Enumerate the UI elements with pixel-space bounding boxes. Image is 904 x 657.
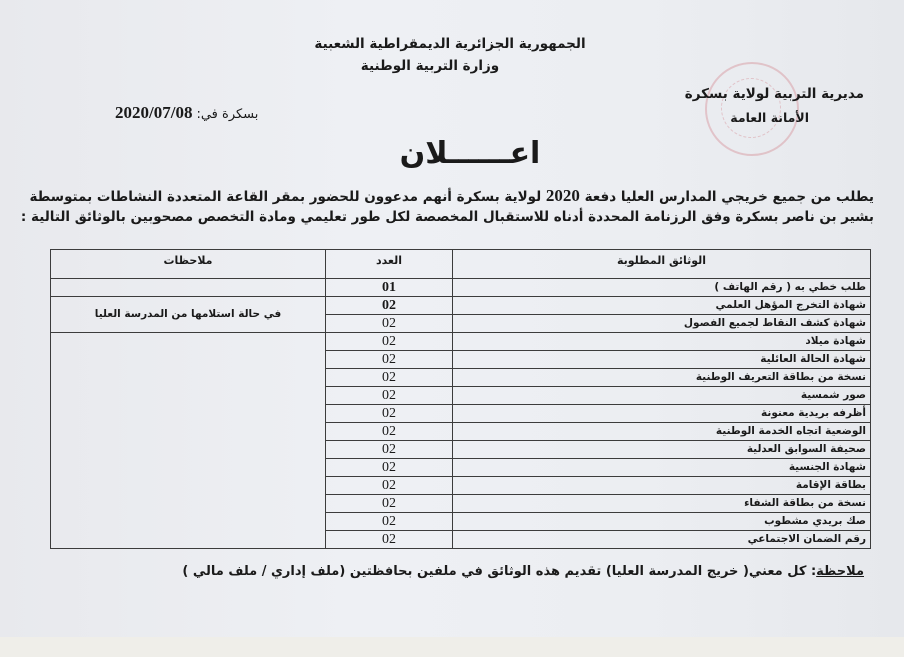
count-cell: 02	[326, 387, 453, 405]
count-cell: 02	[326, 315, 453, 333]
document-cell: صور شمسية	[453, 387, 871, 405]
document-cell: شهادة ميلاد	[453, 333, 871, 351]
notes-cell	[51, 279, 326, 297]
table-row: شهادة التخرج المؤهل العلمي 02 في حالة اس…	[51, 297, 871, 315]
count-cell: 01	[326, 279, 453, 297]
count-cell: 02	[326, 441, 453, 459]
count-cell: 02	[326, 513, 453, 531]
count-cell: 02	[326, 333, 453, 351]
announcement-title: اعــــــلان	[360, 136, 580, 171]
document-page: الجمهورية الجزائرية الديمقراطية الشعبية …	[0, 0, 904, 637]
footnote-label: ملاحظة	[816, 564, 864, 579]
document-cell: الوضعية اتجاه الخدمة الوطنية	[453, 423, 871, 441]
intro-line-1: يطلب من جميع خريجي المدارس العليا دفعة 2…	[29, 186, 874, 206]
header-document: الوثائق المطلوبة	[453, 250, 871, 279]
scan-edge	[0, 637, 904, 657]
notes-cell	[51, 333, 326, 549]
header-notes: ملاحظات	[51, 250, 326, 279]
count-cell: 02	[326, 477, 453, 495]
count-cell: 02	[326, 351, 453, 369]
count-cell: 02	[326, 531, 453, 549]
document-cell: شهادة الجنسية	[453, 459, 871, 477]
official-stamp-icon	[705, 62, 799, 156]
document-cell: طلب خطي به ( رقم الهاتف )	[453, 279, 871, 297]
count-cell: 02	[326, 495, 453, 513]
republic-heading: الجمهورية الجزائرية الديمقراطية الشعبية	[300, 36, 600, 52]
count-cell: 02	[326, 369, 453, 387]
document-cell: شهادة التخرج المؤهل العلمي	[453, 297, 871, 315]
document-cell: أظرفه بريدية معنونة	[453, 405, 871, 423]
table-row: طلب خطي به ( رقم الهاتف ) 01	[51, 279, 871, 297]
document-cell: شهادة الحالة العائلية	[453, 351, 871, 369]
date-place: بسكرة في:	[196, 107, 258, 122]
count-cell: 02	[326, 459, 453, 477]
header-count: العدد	[326, 250, 453, 279]
table-row: شهادة ميلاد 02	[51, 333, 871, 351]
count-cell: 02	[326, 405, 453, 423]
footnote-text: : كل معني( خريج المدرسة العليا) تقديم هذ…	[182, 564, 816, 579]
count-cell: 02	[326, 423, 453, 441]
footnote: ملاحظة: كل معني( خريج المدرسة العليا) تق…	[182, 564, 864, 579]
directorate-heading: مديرية التربية لولاية بسكرة	[685, 86, 864, 102]
document-cell: نسخة من بطاقة الشفاء	[453, 495, 871, 513]
intro-text-a: يطلب من جميع خريجي المدارس العليا دفعة	[580, 189, 874, 205]
notes-cell: في حالة استلامها من المدرسة العليا	[51, 297, 326, 333]
intro-line-2: بشير بن ناصر بسكرة وفق الرزنامة المحددة …	[21, 209, 874, 225]
date-line: بسكرة في:2020/07/08	[115, 103, 258, 123]
secretariat-heading: الأمانة العامة	[730, 110, 809, 125]
document-cell: صحيفة السوابق العدلية	[453, 441, 871, 459]
document-cell: رقم الضمان الاجتماعي	[453, 531, 871, 549]
document-cell: صك بريدي مشطوب	[453, 513, 871, 531]
ministry-heading: وزارة التربية الوطنية	[300, 58, 600, 74]
table-header-row: الوثائق المطلوبة العدد ملاحظات	[51, 250, 871, 279]
intro-year: 2020	[546, 186, 580, 205]
document-cell: شهادة كشف النقاط لجميع الفصول	[453, 315, 871, 333]
count-cell: 02	[326, 297, 453, 315]
document-cell: نسخة من بطاقة التعريف الوطنية	[453, 369, 871, 387]
intro-text-b: لولاية بسكرة أنهم مدعوون للحضور بمقر الق…	[29, 189, 545, 205]
document-cell: بطاقة الإقامة	[453, 477, 871, 495]
date-value: 2020/07/08	[115, 103, 192, 122]
required-documents-table: الوثائق المطلوبة العدد ملاحظات طلب خطي ب…	[50, 249, 871, 549]
